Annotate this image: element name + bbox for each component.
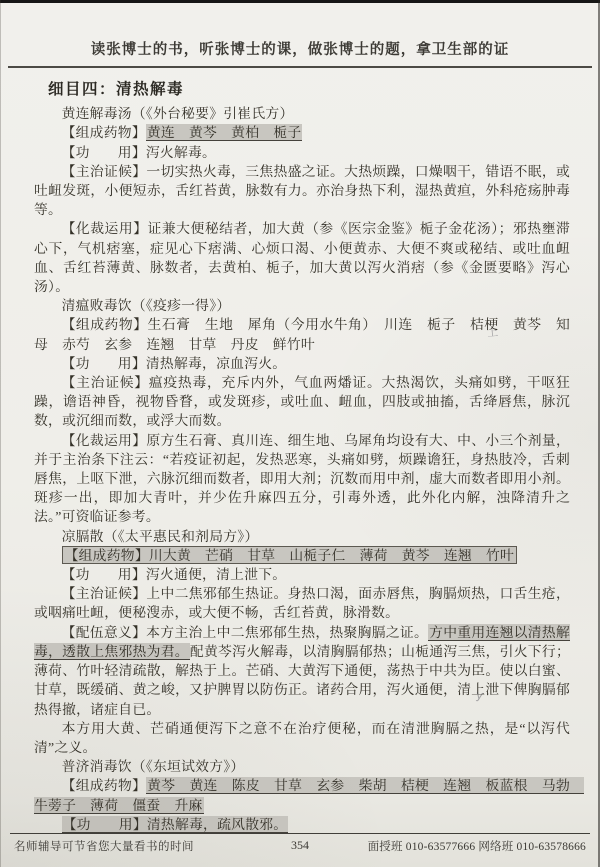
indications-label: 【主治证候】 bbox=[62, 164, 147, 179]
formula-1-indications: 【主治证候】一切实热火毒，三焦热盛之证。大热烦躁，口燥咽干，错语不眠，或吐衄发斑… bbox=[34, 162, 570, 220]
formula-2-modification: 【化裁运用】原方生石膏、真川连、细生地、乌犀角均设有大、中、小三个剂量，并于主治… bbox=[34, 431, 570, 527]
formula-3-combination-pre: 本方主治上中二焦邪郁生热，热聚胸膈之证。 bbox=[146, 625, 428, 640]
formula-2-title: 清瘟败毒饮（《疫疹一得》） bbox=[34, 296, 570, 315]
formula-2-function-text: 清热解毒，凉血泻火。 bbox=[146, 356, 286, 371]
formula-3-title: 凉膈散（《太平惠民和剂局方》） bbox=[34, 527, 570, 546]
indications-label: 【主治证候】 bbox=[62, 586, 147, 601]
page-number: 354 bbox=[291, 838, 309, 853]
header-slogan: 读张博士的书，听张博士的课，做张博士的题，拿卫生部的证 bbox=[20, 38, 580, 59]
formula-2-title-text: 清瘟败毒饮（《疫疹一得》） bbox=[62, 298, 231, 313]
formula-3-title-text: 凉膈散（《太平惠民和剂局方》） bbox=[62, 529, 259, 544]
formula-1-function: 【功 用】泻火解毒。 bbox=[34, 143, 570, 162]
formula-1-function-text: 泻火解毒。 bbox=[146, 145, 216, 160]
formula-3-function-text: 泻火通便，清上泄下。 bbox=[146, 567, 286, 582]
formula-4-composition: 【组成药物】黄芩 黄连 陈皮 甘草 玄参 柴胡 桔梗 连翘 板蓝根 马勃 牛蒡子… bbox=[34, 776, 570, 814]
formula-1-composition-highlight: 黄连 黄芩 黄柏 栀子 bbox=[146, 124, 303, 141]
formula-4-function: 【功 用】清热解毒，疏风散邪。 bbox=[34, 815, 570, 834]
formula-3-function: 【功 用】泻火通便，清上泄下。 bbox=[34, 565, 570, 584]
formula-4-title-text: 普济消毒饮（《东垣试效方》） bbox=[62, 759, 245, 774]
section-title: 细目四：清热解毒 bbox=[48, 80, 570, 99]
footer-left-text: 名师辅导可节省您大量看书的时间 bbox=[14, 838, 194, 854]
footer-rule bbox=[10, 833, 590, 834]
formula-1-modification: 【化裁运用】证兼大便秘结者，加大黄（参《医宗金鉴》栀子金花汤）；邪热壅滞心下，气… bbox=[34, 219, 570, 296]
page-footer: 名师辅导可节省您大量看书的时间 354 面授班 010-63577666 网络班… bbox=[0, 833, 600, 854]
composition-label: 【组成药物】 bbox=[65, 548, 149, 563]
formula-4-function-text: 清热解毒，疏风散邪。 bbox=[147, 817, 287, 832]
header-rule bbox=[8, 66, 592, 68]
composition-label: 【组成药物】 bbox=[62, 317, 148, 332]
formula-2-indications: 【主治证候】瘟疫热毒，充斥内外，气血两燔证。大热渴饮，头痛如劈，干呕狂躁，谵语神… bbox=[34, 373, 570, 431]
formula-1-composition: 【组成药物】黄连 黄芩 黄柏 栀子 bbox=[34, 123, 570, 142]
formula-1-title: 黄连解毒汤（《外台秘要》引崔氏方） bbox=[34, 104, 570, 123]
formula-1-title-text: 黄连解毒汤（《外台秘要》引崔氏方） bbox=[62, 106, 294, 121]
scanned-book-page: 读张博士的书，听张博士的课，做张博士的题，拿卫生部的证 细目四：清热解毒 黄连解… bbox=[0, 0, 600, 867]
footer-contact-text: 面授班 010-63577666 网络班 010-63578666 bbox=[368, 838, 586, 854]
composition-label: 【组成药物】 bbox=[62, 125, 146, 140]
combination-label: 【配伍意义】 bbox=[62, 625, 147, 640]
formula-4-function-highlight: 【功 用】清热解毒，疏风散邪。 bbox=[62, 816, 289, 833]
function-label: 【功 用】 bbox=[62, 145, 146, 160]
formula-3-note-text: 本方用大黄、芒硝通便泻下之意不在治疗便秘，而在清泄胸膈之热，是“以泻代清”之义。 bbox=[34, 721, 570, 755]
modification-label: 【化裁运用】 bbox=[62, 221, 148, 236]
scan-edge-top bbox=[0, 0, 600, 3]
formula-3-composition-text: 川大黄 芒硝 甘草 山栀子仁 薄荷 黄芩 连翘 竹叶 bbox=[149, 548, 514, 563]
function-label: 【功 用】 bbox=[62, 567, 146, 582]
function-label: 【功 用】 bbox=[63, 817, 147, 832]
composition-label: 【组成药物】 bbox=[62, 778, 147, 793]
formula-3-composition: 【组成药物】川大黄 芒硝 甘草 山栀子仁 薄荷 黄芩 连翘 竹叶 bbox=[34, 546, 570, 565]
indications-label: 【主治证候】 bbox=[62, 375, 149, 390]
pencil-mark: 上 bbox=[486, 323, 499, 340]
formula-3-note: 本方用大黄、芒硝通便泻下之意不在治疗便秘，而在清泄胸膈之热，是“以泻代清”之义。 bbox=[34, 719, 570, 757]
footer-row: 名师辅导可节省您大量看书的时间 354 面授班 010-63577666 网络班… bbox=[14, 838, 586, 854]
formula-2-function: 【功 用】清热解毒，凉血泻火。 bbox=[34, 354, 570, 373]
function-label: 【功 用】 bbox=[62, 356, 146, 371]
formula-3-indications: 【主治证候】上中二焦邪郁生热证。身热口渴，面赤唇焦，胸膈烦热，口舌生疮，或咽痛吐… bbox=[34, 584, 570, 622]
page-content: 细目四：清热解毒 黄连解毒汤（《外台秘要》引崔氏方） 【组成药物】黄连 黄芩 黄… bbox=[34, 80, 570, 834]
formula-3-combination: 【配伍意义】本方主治上中二焦邪郁生热，热聚胸膈之证。方中重用连翘以清热解毒，透散… bbox=[34, 623, 570, 719]
formula-4-title: 普济消毒饮（《东垣试效方》） bbox=[34, 757, 570, 776]
scan-edge-left bbox=[0, 0, 1, 867]
modification-label: 【化裁运用】 bbox=[62, 433, 147, 448]
formula-3-composition-highlight: 【组成药物】川大黄 芒硝 甘草 山栀子仁 薄荷 黄芩 连翘 竹叶 bbox=[62, 546, 518, 564]
